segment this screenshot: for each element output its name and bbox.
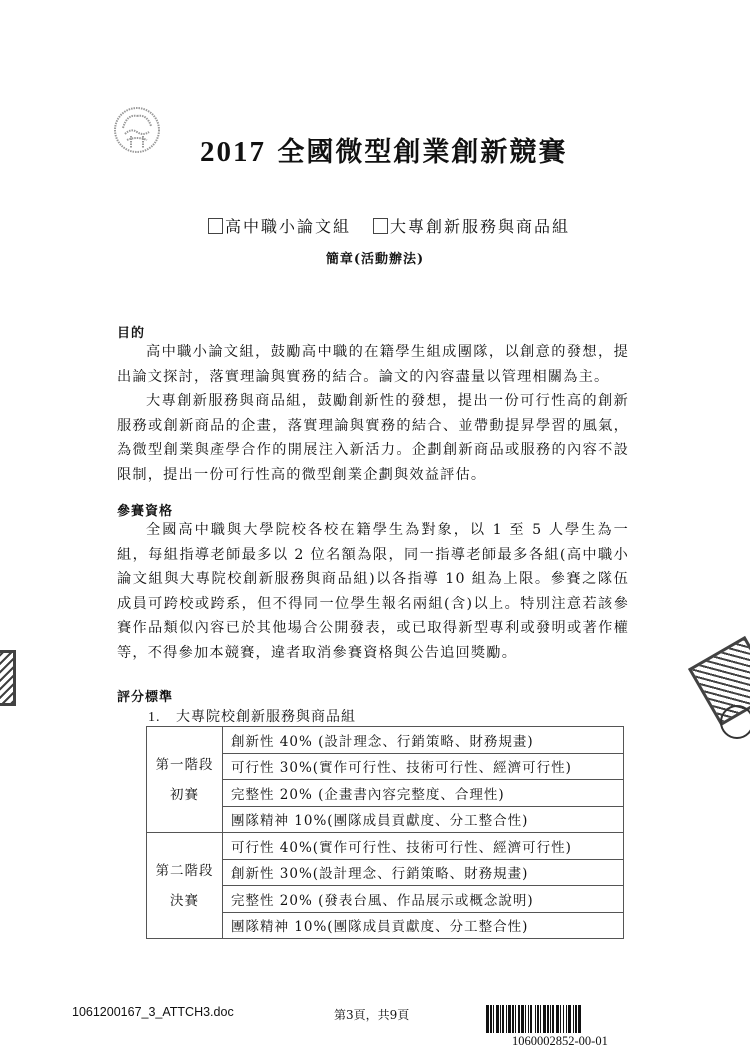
group-college[interactable]: 大專創新服務與商品組 [373,214,570,237]
list-label: 大專院校創新服務與商品組 [176,709,356,725]
criterion-cell: 完整性 20% (發表台風、作品展示或概念說明) [223,886,624,913]
stage-round: 決賽 [147,886,222,916]
footer-filename: 1061200167_3_ATTCH3.doc [72,1005,234,1019]
table-row: 第一階段 初賽 創新性 40% (設計理念、行銷策略、財務規畫) [147,727,624,754]
barcode-number: 1060002852-00-01 [512,1034,608,1049]
title-year: 2017 [200,136,266,168]
heading-eligibility: 參賽資格 [117,500,173,519]
criterion-cell: 完整性 20% (企畫書內容完整度、合理性) [223,780,624,807]
footer-page-number: 第3頁，共9頁 [334,1006,409,1023]
title-text: 全國微型創業創新競賽 [277,137,567,168]
list-number: 1. [148,710,161,725]
criterion-cell: 創新性 30%(設計理念、行銷策略、財務規畫) [223,859,624,886]
stage-cell-2: 第二階段 決賽 [147,833,223,939]
group-selection: 高中職小論文組 大專創新服務與商品組 [208,214,570,237]
heading-purpose: 目的 [117,322,145,341]
purpose-paragraph-2: 大專創新服務與商品組，鼓勵創新性的發想，提出一份可行性高的創新服務或創新商品的企… [117,389,629,487]
criterion-cell: 創新性 40% (設計理念、行銷策略、財務規畫) [223,727,624,754]
heading-scoring: 評分標準 [117,686,173,705]
scoring-table: 第一階段 初賽 創新性 40% (設計理念、行銷策略、財務規畫) 可行性 30%… [146,726,624,939]
criterion-cell: 可行性 30%(實作可行性、技術可行性、經濟可行性) [223,753,624,780]
checkbox-college[interactable] [373,218,388,234]
table-row: 第二階段 決賽 可行性 40%(實作可行性、技術可行性、經濟可行性) [147,833,624,860]
criterion-cell: 可行性 40%(實作可行性、技術可行性、經濟可行性) [223,833,624,860]
stage-round: 初賽 [147,780,222,810]
scoring-list-item: 1. 大專院校創新服務與商品組 [148,706,356,726]
purpose-paragraph-1: 高中職小論文組，鼓勵高中職的在籍學生組成團隊，以創意的發想，提出論文探討，落實理… [117,340,629,389]
document-subtitle: 簡章(活動辦法) [0,248,750,267]
stage-cell-1: 第一階段 初賽 [147,727,223,833]
group-label-college: 大專創新服務與商品組 [390,214,570,237]
seal-logo-icon [113,106,161,154]
barcode-icon [486,1005,658,1033]
checkbox-high-school[interactable] [208,218,223,234]
group-label-high-school: 高中職小論文組 [225,214,351,237]
criterion-cell: 團隊精神 10%(團隊成員貢獻度、分工整合性) [223,912,624,939]
stage-name: 第二階段 [147,856,222,886]
stage-name: 第一階段 [147,750,222,780]
seal-stamp-tail-icon [720,705,750,739]
seal-stamp-left-icon [0,650,16,706]
document-title: 2017 全國微型創業創新競賽 [200,130,600,169]
group-high-school[interactable]: 高中職小論文組 [208,214,351,237]
criterion-cell: 團隊精神 10%(團隊成員貢獻度、分工整合性) [223,806,624,833]
eligibility-paragraph: 全國高中職與大學院校各校在籍學生為對象，以 1 至 5 人學生為一組，每組指導老… [117,518,629,665]
